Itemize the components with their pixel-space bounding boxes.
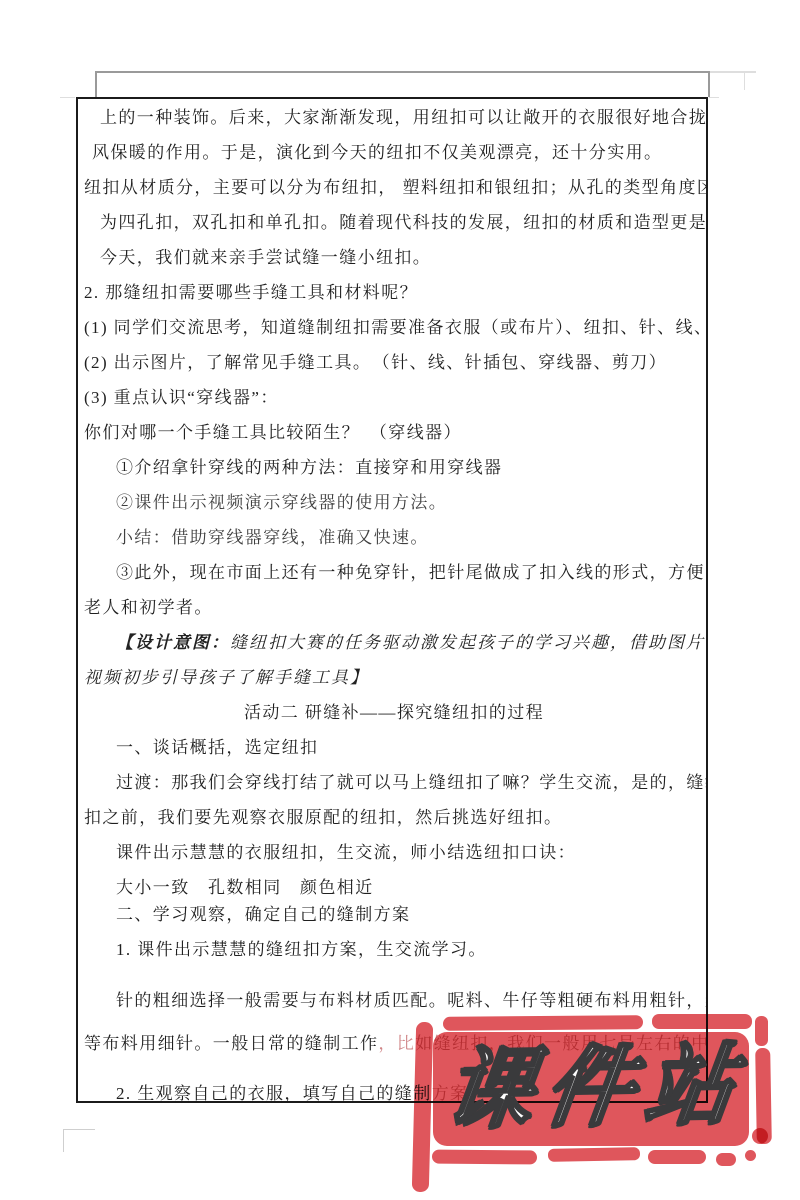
doc-line-design-intent: 【设计意图：缝纽扣大赛的任务驱动激发起孩子的学习兴趣，借助图片和: [84, 625, 704, 660]
table-corner-right-mark: [709, 97, 719, 98]
doc-line: 过渡：那我们会穿线打结了就可以马上缝纽扣了嘛？学生交流，是的，缝纽: [84, 765, 704, 800]
doc-line: 扣之前，我们要先观察衣服原配的纽扣，然后挑选好纽扣。: [84, 800, 704, 835]
doc-line: 纽扣从材质分，主要可以分为布纽扣， 塑料纽扣和银纽扣；从孔的类型角度区分：一般可…: [84, 170, 704, 205]
doc-line: 上的一种装饰。后来，大家渐渐发现，用纽扣可以让敞开的衣服很好地合拢起来，起到挡: [84, 100, 704, 135]
doc-line: 二、学习观察，确定自己的缝制方案: [84, 897, 704, 932]
doc-line: (2) 出示图片，了解常见手缝工具。 （针、线、针插包、穿线器、剪刀）: [84, 345, 704, 380]
doc-line: 小结：借助穿线器穿线，准确又快速。: [84, 520, 704, 555]
doc-line: (1) 同学们交流思考，知道缝制纽扣需要准备衣服（或布片）、纽扣、针、线、剪刀和…: [84, 310, 704, 345]
doc-line-text: 等布料用细针。一般日常的缝制工作: [84, 1034, 378, 1053]
doc-line: ③此外，现在市面上还有一种免穿针，把针尾做成了扣入线的形式，方便了: [84, 555, 704, 590]
doc-line: 为四孔扣，双孔扣和单孔扣。随着现代科技的发展，纽扣的材质和造型更是丰富多彩。: [84, 205, 704, 240]
stamp-frame-bottom-stroke: [432, 1150, 537, 1165]
page-top-rule: [95, 71, 710, 73]
table-corner-left-mark: [60, 97, 75, 98]
doc-line: 一、谈话概括，选定纽扣: [84, 730, 704, 765]
content-table-cell: 上的一种装饰。后来，大家渐渐发现，用纽扣可以让敞开的衣服很好地合拢起来，起到挡 …: [76, 97, 708, 1103]
page-right-tick: [744, 73, 745, 90]
doc-heading-activity-2: 活动二 研缝补——探究缝纽扣的过程: [84, 695, 704, 730]
page-top-rule-extension: [710, 71, 756, 73]
stamp-frame-bottom-stroke: [548, 1147, 640, 1162]
crop-mark-horizontal: [63, 1129, 95, 1130]
watermark-stamp-text: 课件站: [429, 1035, 761, 1151]
stamp-frame-bottom-dot: [745, 1150, 756, 1161]
doc-line-text: 2. 生观察自己的衣服，填写自己的缝制: [116, 1084, 432, 1103]
doc-line: 课件出示慧慧的衣服纽扣，生交流，师小结选纽扣口诀：: [84, 835, 704, 870]
doc-line: 老人和初学者。: [84, 590, 704, 625]
stamp-frame-bottom-stroke: [648, 1150, 706, 1164]
doc-line: 针的粗细选择一般需要与布料材质匹配。呢料、牛仔等粗硬布料用粗针，丝绸: [84, 983, 704, 1018]
doc-line: 风保暖的作用。于是，演化到今天的纽扣不仅美观漂亮，还十分实用。: [84, 135, 704, 170]
stamp-frame-corner-blob: [752, 1128, 768, 1144]
document-page: { "doc": { "lines": [ {"text": "上的一种装饰。后…: [0, 0, 800, 1200]
doc-line: 1. 课件出示慧慧的缝纽扣方案，生交流学习。: [84, 932, 704, 967]
page-top-rule-left-tick: [95, 71, 97, 97]
doc-line: ①介绍拿针穿线的两种方法：直接穿和用穿线器: [84, 450, 704, 485]
stamp-frame-bottom-dot: [716, 1153, 736, 1166]
page-top-rule-right-tick: [708, 71, 710, 97]
stamp-frame-left-stroke: [412, 1022, 433, 1192]
doc-line-design-intent: 视频初步引导孩子了解手缝工具】: [84, 660, 704, 695]
doc-line: (3) 重点认识“穿线器”：: [84, 380, 704, 415]
doc-line: 今天，我们就来亲手尝试缝一缝小纽扣。: [84, 240, 704, 275]
doc-line: 你们对哪一个手缝工具比较陌生？ （穿线器）: [84, 415, 704, 450]
stamp-frame-top-stroke: [443, 1015, 643, 1031]
design-intent-label: 【设计意图：: [116, 633, 230, 652]
crop-mark-vertical: [63, 1129, 64, 1152]
doc-line: ②课件出示视频演示穿线器的使用方法。: [84, 485, 704, 520]
design-intent-text: 缝纽扣大赛的任务驱动激发起孩子的学习兴趣，借助图片和: [230, 633, 708, 652]
doc-line: 2. 那缝纽扣需要哪些手缝工具和材料呢？: [84, 275, 704, 310]
stamp-frame-top-stroke: [652, 1014, 752, 1029]
